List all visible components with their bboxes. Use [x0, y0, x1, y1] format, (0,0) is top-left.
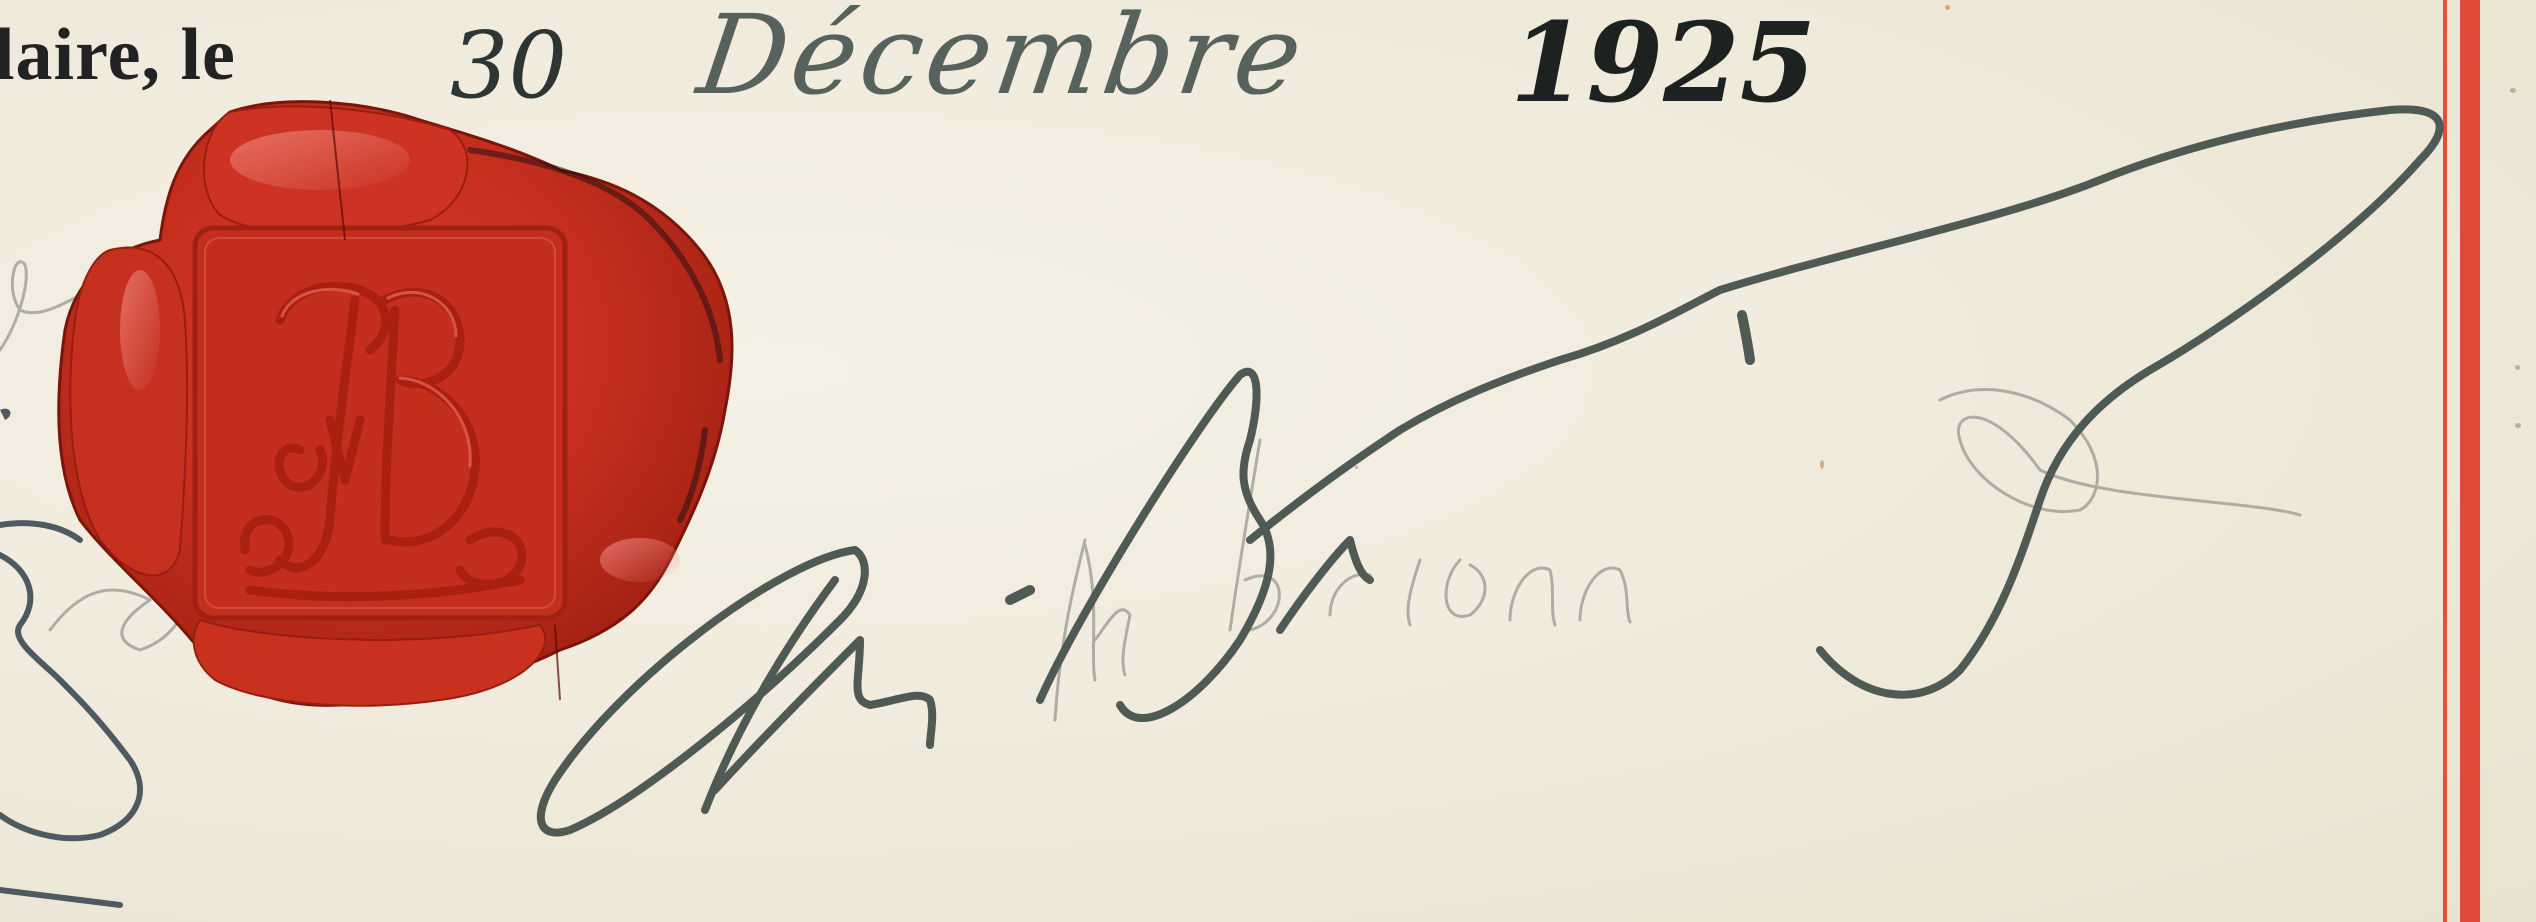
- left-edge-ink-mark: [0, 0, 2536, 922]
